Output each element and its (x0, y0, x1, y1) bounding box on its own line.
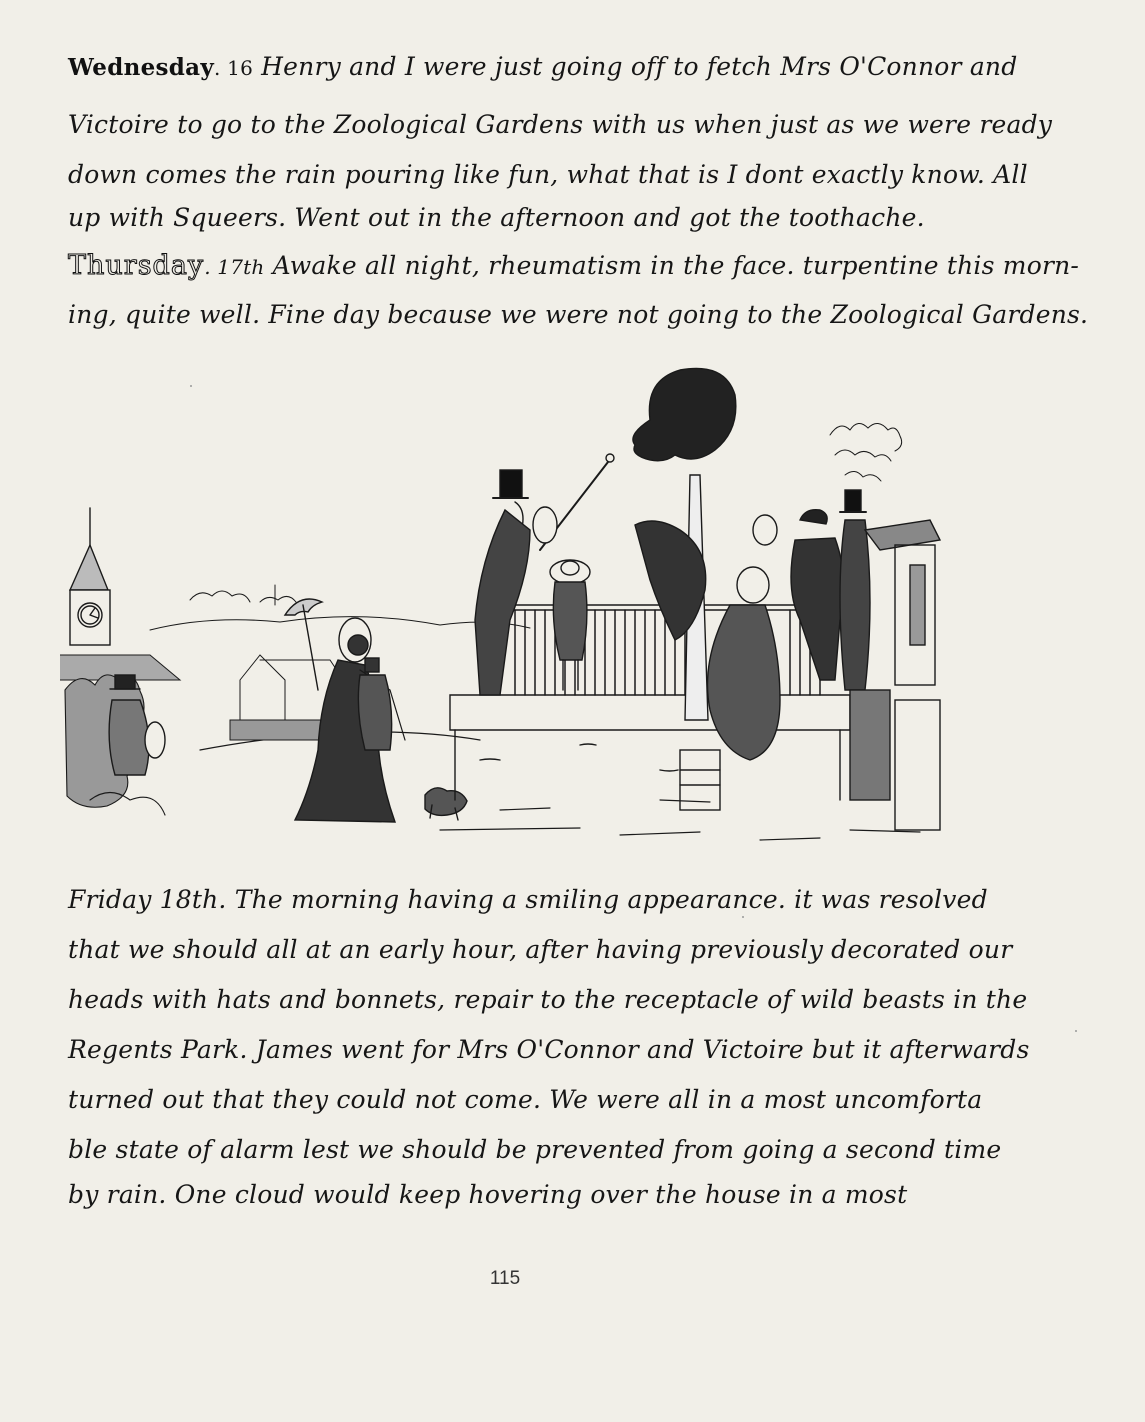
entry-line: Thursday. 17th Awake all night, rheumati… (68, 250, 1079, 281)
paper-speck (742, 916, 744, 918)
engraving-illustration (60, 360, 960, 865)
entry-line: that we should all at an early hour, aft… (68, 935, 1012, 964)
distant-landscape (150, 585, 530, 630)
entry-line: Friday 18th. The morning having a smilin… (68, 885, 988, 914)
bonneted-woman (708, 567, 781, 760)
page-number: 115 (0, 1268, 1010, 1290)
paper-speck (190, 385, 192, 387)
paper-speck (1075, 1030, 1077, 1032)
entry-line: heads with hats and bonnets, repair to t… (68, 985, 1027, 1014)
ground (200, 732, 920, 840)
entry-line: Victoire to go to the Zoological Gardens… (68, 110, 1052, 139)
clock-tower-icon (60, 508, 180, 680)
entry-line: by rain. One cloud would keep hovering o… (68, 1180, 907, 1209)
entry-line: up with Squeers. Went out in the afterno… (68, 203, 925, 232)
small-dog-icon (425, 788, 467, 820)
bear-pit-platform (450, 695, 850, 800)
entry-line: Regents Park. James went for Mrs O'Conno… (68, 1035, 1030, 1064)
day-heading-thursday: Thursday (68, 250, 204, 281)
entry-line: turned out that they could not come. We … (68, 1085, 982, 1114)
entry-line: ing, quite well. Fine day because we wer… (68, 300, 1088, 329)
day-heading-wednesday: Wednesday (68, 54, 214, 81)
entry-line: down comes the rain pouring like fun, wh… (68, 160, 1028, 189)
entry-line: Wednesday. 16 Henry and I were just goin… (68, 52, 1017, 81)
diary-page: Wednesday. 16 Henry and I were just goin… (0, 0, 1145, 1422)
day-heading-friday: Friday 18th. (68, 885, 227, 914)
foliage-right (830, 423, 902, 481)
entry-line: ble state of alarm lest we should be pre… (68, 1135, 1001, 1164)
child-in-hat (550, 560, 590, 690)
